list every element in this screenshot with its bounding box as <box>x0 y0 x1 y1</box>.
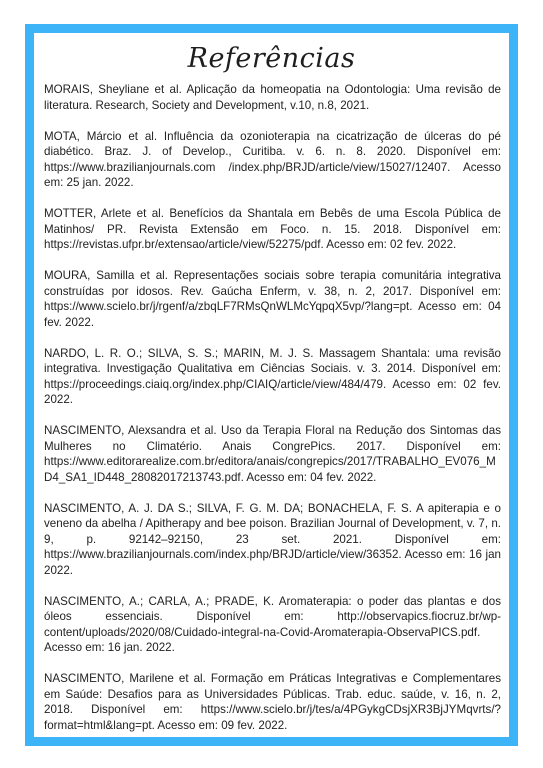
reference-list: MORAIS, Sheyliane et al. Aplicação da ho… <box>44 82 501 749</box>
reference-item: NASCIMENTO, A. J. DA S.; SILVA, F. G. M.… <box>44 501 501 579</box>
reference-item: NASCIMENTO, A.; CARLA, A.; PRADE, K. Aro… <box>44 594 501 656</box>
reference-item: MOURA, Samilla et al. Representações soc… <box>44 268 501 330</box>
reference-item: MORAIS, Sheyliane et al. Aplicação da ho… <box>44 82 501 113</box>
reference-item: MOTTER, Arlete et al. Benefícios da Shan… <box>44 206 501 253</box>
reference-item: MOTA, Márcio et al. Influência da ozonio… <box>44 129 501 191</box>
reference-item: NASCIMENTO, Marilene et al. Formação em … <box>44 671 501 733</box>
page-title: Referências <box>34 43 509 74</box>
reference-item: NASCIMENTO, Alexsandra et al. Uso da Ter… <box>44 423 501 485</box>
reference-item: NARDO, L. R. O.; SILVA, S. S.; MARIN, M.… <box>44 346 501 408</box>
page-frame: Referências MORAIS, Sheyliane et al. Apl… <box>25 24 518 746</box>
